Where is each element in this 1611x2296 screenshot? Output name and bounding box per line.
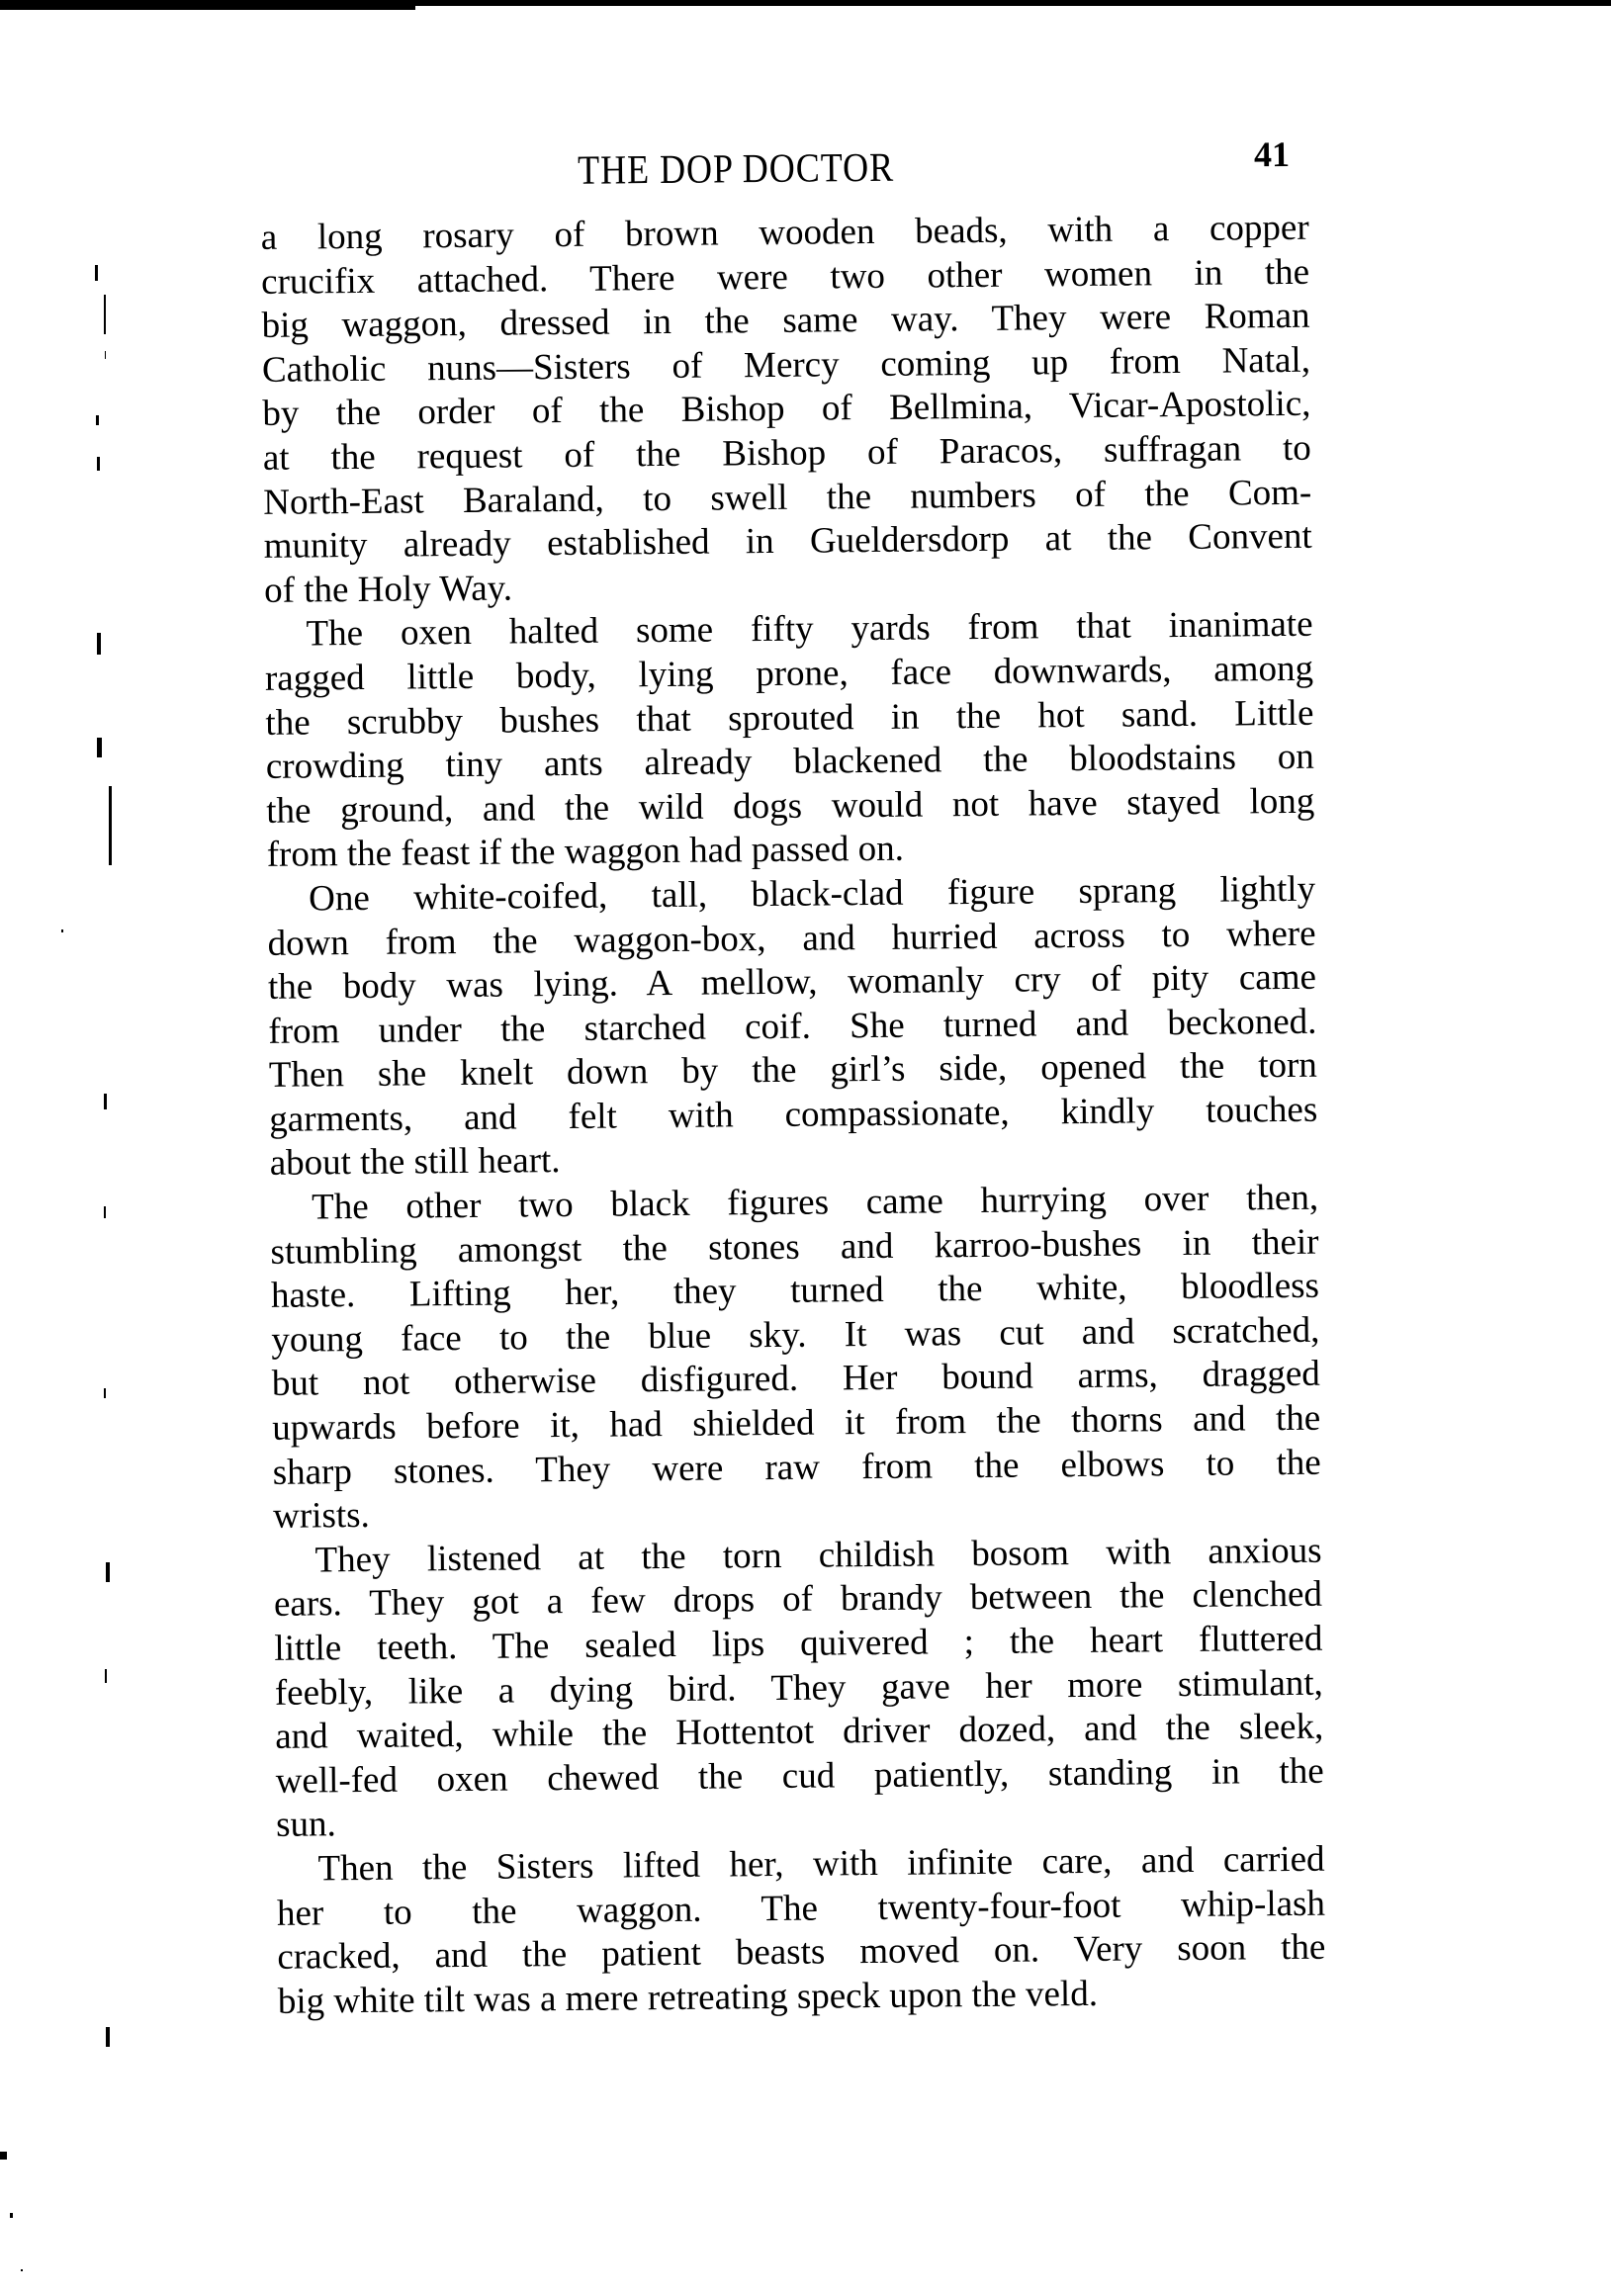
book-page: THE DOP DOCTOR 41 a long rosary of brown… [0,0,1611,2296]
page-number: 41 [1254,133,1290,175]
paragraph: a long rosary of brown wooden beads, wit… [261,207,1313,614]
running-title: THE DOP DOCTOR [578,143,894,194]
paragraph: They listened at the torn childish bosom… [273,1529,1324,1847]
text-line: big white tilt was a mere retreating spe… [278,1970,1326,2024]
body-text: a long rosary of brown wooden beads, wit… [261,207,1327,2024]
paragraph: One white-coifed, tall, black-clad figur… [267,868,1318,1187]
paragraph: The other two black figures came hurryin… [270,1177,1321,1540]
margin-speck [0,2152,7,2160]
page-header: THE DOP DOCTOR 41 [578,139,1290,196]
paragraph: The oxen halted some fifty yards from th… [264,603,1315,878]
paragraph: Then the Sisters lifted her, with infini… [276,1838,1326,2025]
